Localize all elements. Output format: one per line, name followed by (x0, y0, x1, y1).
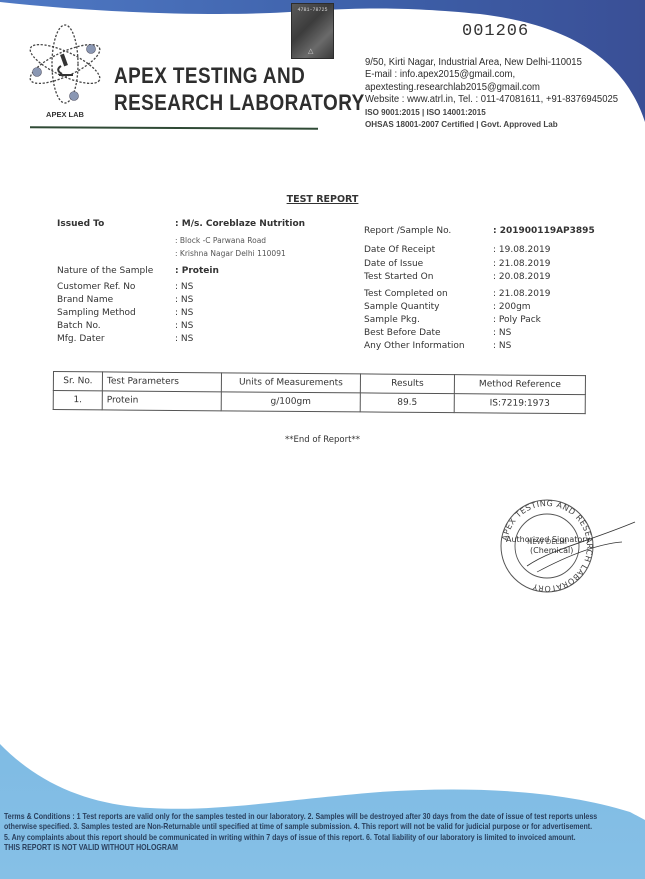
field-label: Any Other Information (364, 341, 465, 351)
field-value: : M/s. Coreblaze Nutrition (175, 219, 305, 229)
iso-certifications: ISO 9001:2015 | ISO 14001:2015 (365, 106, 618, 118)
field-label: Report /Sample No. (364, 226, 451, 236)
field-value: : Poly Pack (493, 315, 541, 325)
field-value: : NS (493, 341, 511, 351)
field-label: Batch No. (57, 321, 101, 331)
end-of-report: **End of Report** (0, 435, 645, 445)
email-primary: E-mail : info.apex2015@gmail.com, (365, 69, 618, 81)
authorized-signatory: Authorized Signatory (506, 535, 590, 544)
terms-line: otherwise specified. 3. Samples tested a… (4, 822, 640, 832)
lab-name-line2: RESEARCH LABORATORY (114, 89, 365, 116)
field-value: : NS (175, 321, 193, 331)
field-value: : NS (175, 334, 193, 344)
field-label: Nature of the Sample (57, 266, 153, 276)
terms-and-conditions: Terms & Conditions : 1 Test reports are … (4, 812, 554, 853)
hologram-code: 4781-78725 (292, 7, 333, 13)
field-label: Date of Issue (364, 259, 423, 269)
cell-result: 89.5 (360, 393, 454, 413)
email-secondary: apextesting.researchlab2015@gmail.com (365, 82, 618, 94)
address: 9/50, Kirti Nagar, Industrial Area, New … (365, 57, 618, 69)
report-title: TEST REPORT (0, 194, 645, 205)
field-label: Brand Name (57, 295, 113, 305)
field-value: : NS (175, 308, 193, 318)
signatory-department: (Chemical) (530, 546, 573, 555)
terms-line: 5. Any complaints about this report shou… (4, 833, 640, 843)
logo-caption: APEX LAB (25, 110, 105, 119)
field-label: Date Of Receipt (364, 245, 435, 255)
field-value: : 19.08.2019 (493, 245, 550, 255)
terms-line: Terms & Conditions : 1 Test reports are … (4, 812, 640, 822)
col-sr-no: Sr. No. (53, 372, 102, 391)
footer-swoosh (0, 740, 645, 879)
cell-sr-no: 1. (53, 391, 102, 410)
col-units: Units of Measurements (221, 373, 360, 393)
lab-name: APEX TESTING AND RESEARCH LABORATORY (114, 62, 365, 116)
field-value: : NS (493, 328, 511, 338)
table-row: 1. Protein g/100gm 89.5 IS:7219:1973 (53, 391, 585, 414)
website-phone: Website : www.atrl.in, Tel. : 011-470816… (365, 94, 618, 106)
field-label: Sample Pkg. (364, 315, 420, 325)
field-value: : 201900119AP3895 (493, 226, 595, 236)
field-value: : 20.08.2019 (493, 272, 550, 282)
field-label: Best Before Date (364, 328, 441, 338)
field-label: Test Completed on (364, 289, 448, 299)
field-label: Mfg. Dater (57, 334, 105, 344)
field-label: Customer Ref. No (57, 282, 135, 292)
field-value: : 21.08.2019 (493, 289, 550, 299)
field-value: : Block -C Parwana Road (175, 236, 266, 245)
field-value: : 200gm (493, 302, 531, 312)
cell-test-parameter: Protein (102, 391, 221, 411)
field-label: Sample Quantity (364, 302, 440, 312)
field-value: : Krishna Nagar Delhi 110091 (175, 249, 286, 258)
field-label: Test Started On (364, 272, 433, 282)
field-value: : NS (175, 282, 193, 292)
atom-microscope-icon (25, 22, 105, 120)
col-results: Results (360, 374, 454, 394)
field-label: Sampling Method (57, 308, 136, 318)
contact-block: 9/50, Kirti Nagar, Industrial Area, New … (365, 57, 618, 131)
field-value: : Protein (175, 266, 219, 276)
field-value: : NS (175, 295, 193, 305)
lab-name-line1: APEX TESTING AND (114, 62, 365, 89)
field-label: Issued To (57, 219, 104, 229)
cell-unit: g/100gm (221, 392, 360, 412)
cell-method-reference: IS:7219:1973 (454, 394, 585, 414)
ohsas-certification: OHSAS 18001-2007 Certified | Govt. Appro… (365, 118, 618, 130)
col-method-reference: Method Reference (454, 375, 585, 395)
hologram-validity-notice: THIS REPORT IS NOT VALID WITHOUT HOLOGRA… (4, 843, 640, 853)
col-test-parameters: Test Parameters (102, 372, 221, 392)
hologram-sticker: 4781-78725 △ (291, 3, 334, 59)
results-table: Sr. No. Test Parameters Units of Measure… (53, 371, 586, 414)
hologram-triangle-icon: △ (308, 47, 313, 55)
field-value: : 21.08.2019 (493, 259, 550, 269)
serial-number: 001206 (462, 22, 529, 41)
